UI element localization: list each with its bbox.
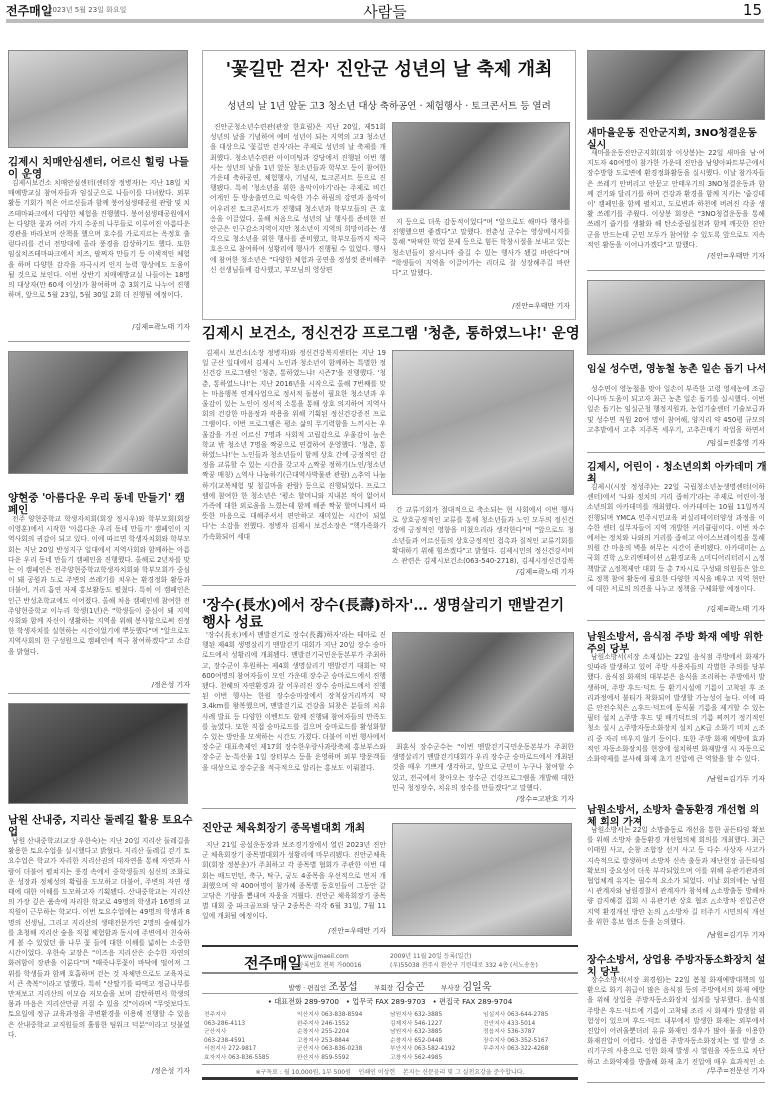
lead-byline: /진안=우태만 기자 — [392, 301, 570, 311]
article-body: 남원소방서(서장 소재십)는 22일 음식점 주방에서 화재가 잇따라 발생하고… — [587, 652, 765, 774]
sports-tournament-photo — [392, 823, 572, 936]
article-headline: 김제시 보건소, 정신건강 프로그램 '청춘, 통하였느냐!' 운영 — [202, 326, 580, 343]
article-body: 지난 21일 공설운동장과 보조경기장에서 열린 2023년 진안군 체육회장기… — [202, 840, 386, 920]
divider — [587, 1082, 765, 1083]
website-url: www.jjmaeil.com — [298, 952, 361, 961]
branch-entry: 남원지사 632-3885 — [390, 1011, 483, 1020]
article-byline: /무주=전문선 기자 — [587, 1066, 765, 1076]
vice-president-label: 부회장 — [374, 984, 393, 992]
article-body: 김제시(시장 정성주)는 22일 국립청소년농생명센터(이하 센터)에서 '나와… — [587, 482, 765, 604]
publisher-label: 발행 · 편집인 — [289, 984, 327, 992]
article-body: 장수소방서(서장 최경원)는 22일 봄철 화재예방대책의 일환으로 화기 취급… — [587, 975, 765, 1067]
business-fax: • 업무국 FAX 289-9703 — [346, 997, 426, 1006]
branch-entry: 순창지사 652-0448 — [390, 1037, 483, 1046]
article-byline: /진안=우태만 기자 — [202, 926, 386, 936]
branch-entry: 군산지사 063-836-0238 — [297, 1045, 390, 1054]
branch-entry: 익산지사 063-838-8594 — [297, 1011, 390, 1020]
publisher-name: 조봉섭 — [329, 982, 358, 993]
president-label: 부사장 — [441, 984, 460, 992]
dementia-outing-photo — [8, 50, 188, 148]
article-body: 남원 산내중학교(교장 우한숙)는 지난 20일 지리산 둘레길을 활용한 토요… — [8, 836, 190, 1058]
article-body-right: 간 교류기회가 절대적으로 축소되는 현 사회에서 이번 행사로 상호긍정적인 … — [392, 505, 574, 565]
article-headline: 임실 성수면, 영농철 농촌 일손 돕기 나서 — [587, 364, 767, 376]
masthead: 전주매일 2023년 5월 23일 화요일 사람들 15 — [0, 0, 770, 22]
branch-entry: 063-238-4591 — [204, 1037, 297, 1046]
ethics-statement: 본지는 신문윤리 및 그 실천요강을 준수합니다. — [403, 1069, 525, 1076]
branch-entry: 고창지사 253-8844 — [297, 1037, 390, 1046]
article-byline: /남원=김기두 기자 — [587, 774, 765, 784]
executives-row: 발행 · 편집인 조봉섭 부회장 김승곤 부사장 김일욱 — [202, 978, 578, 993]
article-body-left: 김제시 보건소(소장 정병자)와 정신건강복지센터는 지난 19일 군산 일대에… — [202, 348, 386, 578]
imprint-bottom-rule — [202, 1077, 578, 1080]
branch-entry: 전주지사 — [204, 1011, 297, 1020]
main-phone: • 대표전화 289-9700 — [268, 997, 339, 1006]
article-byline: /김제=곽노태 기자 — [392, 567, 574, 577]
coming-of-age-festival-photo — [392, 122, 570, 210]
health-program-photo — [392, 350, 574, 495]
vice-president-name: 김승곤 — [396, 982, 425, 993]
divider — [202, 585, 576, 586]
divider — [587, 452, 765, 453]
article-body-left: '장수(長水)에서 맨발걷기로 장수(長壽)하자'라는 테마로 진행된 제4회 … — [202, 630, 386, 802]
branch-entry: 완주지사 246-1552 — [297, 1020, 390, 1029]
lead-subhead: 성년의 날 1년 앞둔 고3 청소년 대상 축하공연 · 체험행사 · 토크콘서… — [204, 98, 574, 112]
article-byline: /진안=우태만 기자 — [587, 251, 765, 261]
branch-entry: 효자지사 063-836-5585 — [204, 1054, 297, 1063]
president-name: 김일욱 — [463, 982, 492, 993]
article-byline: /장수=고판호 기자 — [392, 794, 574, 804]
divider — [202, 808, 576, 809]
contact-row: • 대표전화 289-9700 • 업무국 FAX 289-9703 • 편집국… — [202, 997, 578, 1007]
branch-office-list: 전주지사 익산지사 063-838-8594 남원지사 632-3885 임실지… — [204, 1011, 576, 1063]
farm-help-photo — [587, 280, 765, 355]
article-byline: /정은성 기자 — [8, 680, 190, 690]
article-body: 남원소방서는 22일 소방출동로 개선을 통한 골든타임 확보를 위해 소방차 … — [587, 825, 765, 935]
divider — [587, 270, 765, 271]
imprint-logo: 전주매일 — [244, 952, 302, 973]
imprint-web: www.jjmaeil.com 등록번호 전북 가00016 — [298, 952, 361, 970]
imprint-footer: ※구독료 : 월 10,000원, 1부 500원 인쇄인 이상헌 본지는 신문… — [202, 1067, 578, 1076]
branch-entry: 남원지사 632-3885 — [390, 1028, 483, 1037]
branch-entry: 군산지사 — [204, 1028, 297, 1037]
jirisan-trail-group-photo — [8, 703, 188, 804]
article-headline: 남원 산내중, 지리산 둘레길 활용 토요수업 — [8, 814, 193, 838]
subscription-price: ※구독료 : 월 10,000원, 1부 500원 — [256, 1069, 351, 1076]
article-byline: /김제=곽노태 기자 — [587, 604, 765, 614]
branch-entry: 063-286-4113 — [204, 1020, 297, 1029]
printer-name: 인쇄인 이상헌 — [359, 1069, 396, 1076]
barefoot-walking-festival-photo — [392, 632, 574, 732]
branch-entry: 서천지사 272-9817 — [204, 1045, 297, 1054]
lead-body-right: 지 등으로 더욱 감동적이었다"며 "앞으로도 해마다 행사를 진행했으면 좋겠… — [392, 217, 570, 297]
founded-date: 2009년 11월 20일 등록(일간) — [390, 952, 538, 961]
imprint-rule — [202, 1064, 578, 1065]
branch-entry: 완산지사 859-5592 — [297, 1054, 390, 1063]
branch-entry: 고창지사 562-4985 — [390, 1054, 483, 1063]
editorial-fax: • 편집국 FAX 289-9704 — [432, 997, 512, 1006]
article-body: 새마을운동진안군지회(회장 이상봉)는 22일 새마을 남·여지도자 40여명이… — [587, 148, 765, 260]
masthead-rule — [6, 19, 764, 23]
office-address: (우)55038 전주시 완산구 기린대로 332 4층 (서노송동) — [390, 961, 538, 970]
branch-entry: 정읍지사 536-3787 — [483, 1028, 576, 1037]
divider — [8, 693, 190, 694]
lead-headline: '꽃길만 걷자' 진안군 성년의 날 축제 개최 — [204, 60, 574, 81]
branch-entry: 무주지사 063-322-4268 — [483, 1045, 576, 1054]
lead-body-left: 진안군청소년수련관(관장 한효림)은 지난 20일, 제51회 성년의 날을 기… — [210, 122, 386, 312]
branch-entry — [483, 1054, 576, 1063]
article-byline: /남원=김기두 기자 — [587, 930, 765, 940]
campaign-photo — [8, 351, 188, 474]
article-headline: 김제시 치매안심센터, 어르신 힐링 나들이 운영 — [8, 156, 193, 180]
imprint-rule — [202, 993, 578, 994]
branch-entry: 김제지사 546-1227 — [390, 1020, 483, 1029]
article-byline: /김제=곽노태 기자 — [8, 322, 190, 332]
article-headline: '장수(長水)에서 장수(長壽)하자'… 생명살리기 맨발걷기 행사 성료 — [202, 598, 580, 631]
branch-entry: 장수지사 063-352-5167 — [483, 1037, 576, 1046]
article-body: 성수면이 영농철을 맞아 일손이 부족한 고령 영세농에 조금이나마 도움이 되… — [587, 384, 765, 436]
article-headline: 진안군 체육회장기 종목별대회 개최 — [202, 822, 386, 834]
article-byline: /임실=진홍영 기자 — [587, 438, 765, 448]
imprint-address: 2009년 11월 20일 등록(일간) (우)55038 전주시 완산구 기린… — [390, 952, 538, 970]
article-byline: /정은성 기자 — [8, 1066, 190, 1076]
branch-entry: 순창지사 255-2204 — [297, 1028, 390, 1037]
registration-number: 등록번호 전북 가00016 — [298, 961, 361, 970]
article-headline: 양현중 '아름다운 우리 동네 만들기' 캠페인 — [8, 492, 193, 516]
divider — [8, 341, 190, 342]
imprint-top-rule — [202, 945, 578, 947]
branch-entry: 임실지사 063-644-2785 — [483, 1011, 576, 1020]
article-body-right: 최훈식 장수군수는 "이번 맨발걷기국민운동본부가 주최한 생명살리기 맨발걷기… — [392, 742, 574, 802]
branch-entry: 진안지사 433-5014 — [483, 1020, 576, 1029]
cleanup-campaign-photo — [587, 50, 765, 120]
imprint-rule — [202, 972, 578, 974]
page-number: 15 — [743, 1, 762, 19]
branch-entry: 부안지사 063-582-4192 — [390, 1045, 483, 1054]
article-body: 김제시보건소 치매안심센터(센터장 정병자)는 지난 18일 치매예방교실 참여… — [8, 178, 190, 310]
article-body: 전주 양현중학교 학생자치회(회장 정시우)와 학부모회(회장 이영훈)에서 시… — [8, 514, 190, 676]
divider — [587, 620, 765, 621]
